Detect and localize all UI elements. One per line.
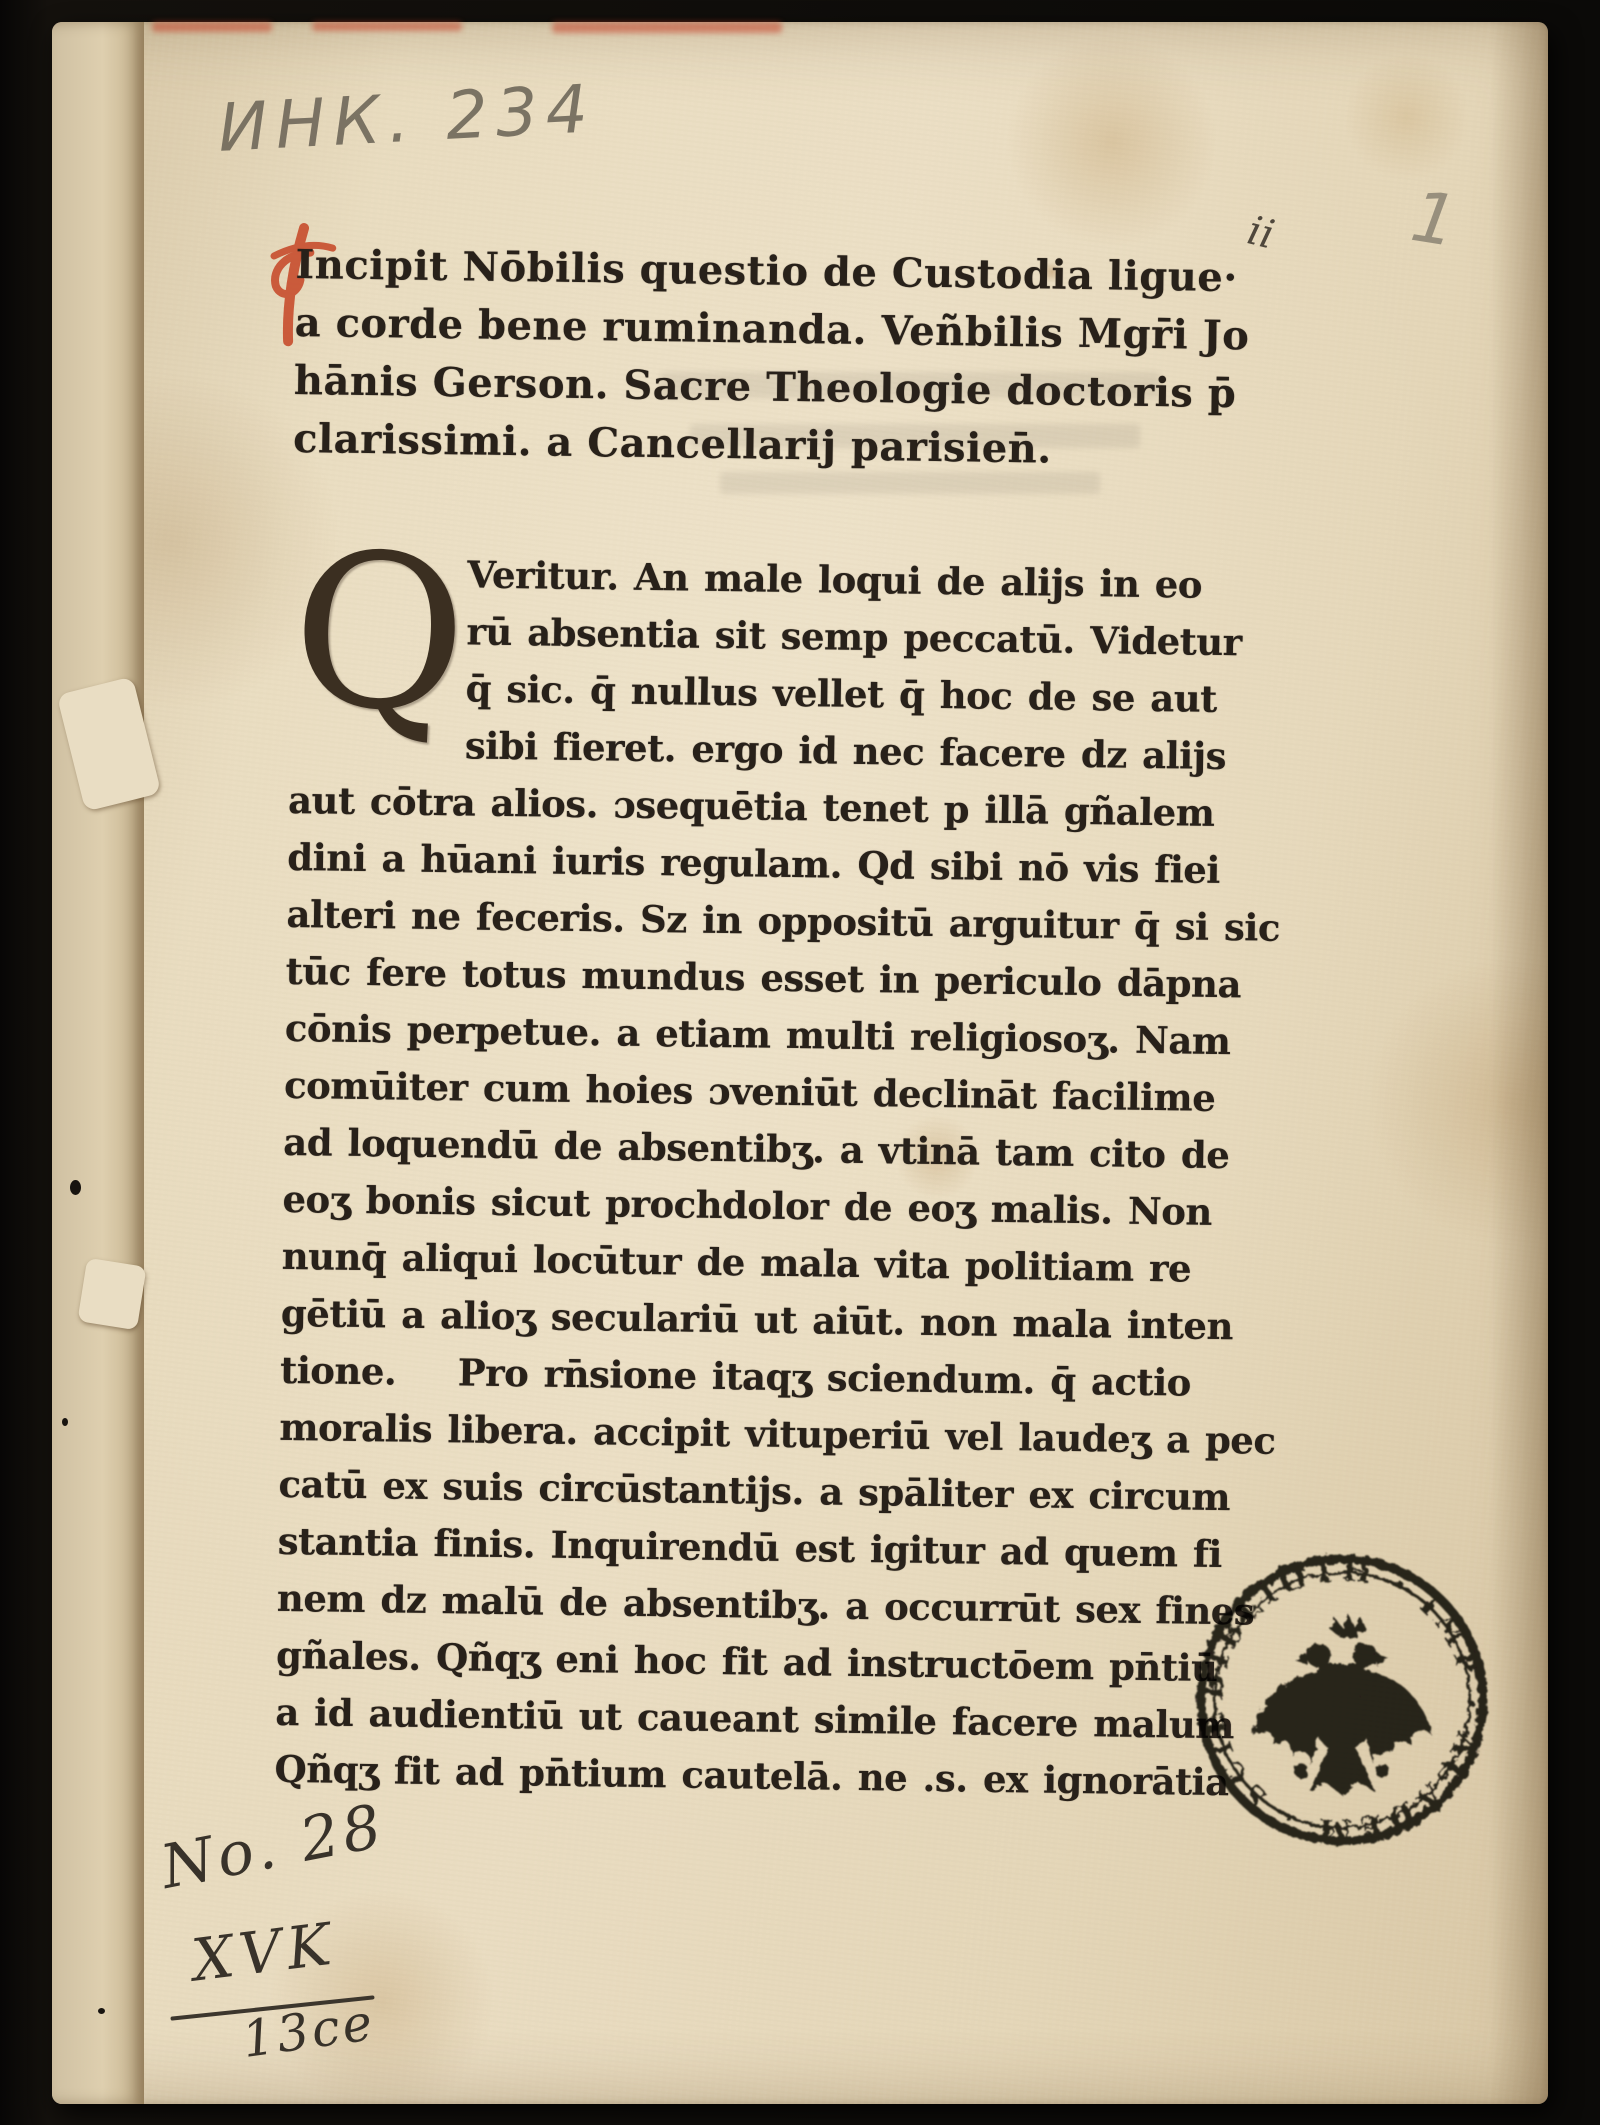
red-edge-paint <box>152 22 272 32</box>
drop-cap-initial: Q <box>287 523 471 743</box>
ink-speck <box>62 1418 68 1426</box>
main-text-block: Q Veritur. An male loqui de alijs in eo … <box>274 544 1211 1811</box>
red-edge-paint <box>312 22 462 31</box>
paper-tear <box>77 1258 146 1331</box>
printed-text-block: Incipit Nōbilis questio de Custodia ligu… <box>274 236 1216 1811</box>
double-headed-eagle-icon <box>1253 1614 1431 1795</box>
library-stamp: BIBLIOTH · IMP · ACADEM · SCIENTIAR · <box>1190 1548 1494 1852</box>
page-edge-shadow <box>1490 22 1548 2104</box>
ink-speck <box>70 1180 81 1195</box>
binding-hinge-strip <box>52 22 144 2104</box>
photo-background: ИНК. 234 1 ii No. 28 XVK 13ce Incipit Nō… <box>0 0 1600 2125</box>
ink-speck <box>98 2008 105 2014</box>
red-edge-paint <box>552 22 782 33</box>
